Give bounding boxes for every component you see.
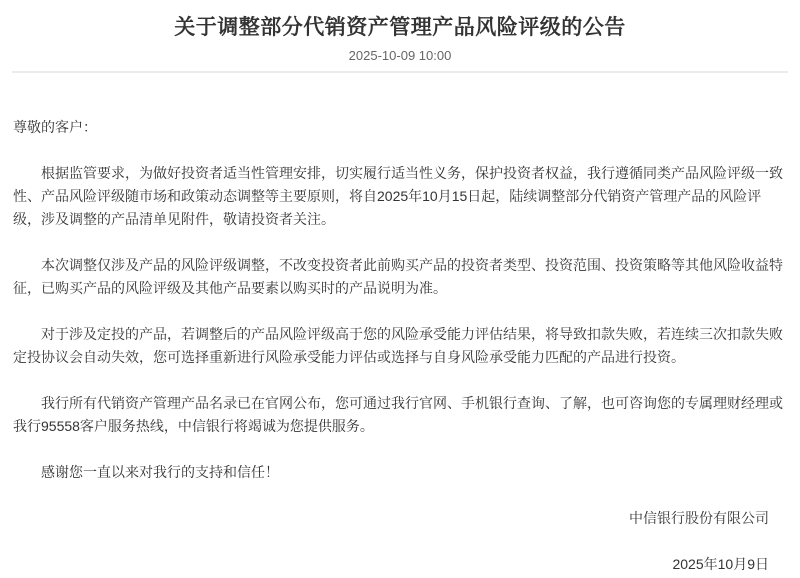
paragraph-4: 我行所有代销资产管理产品名录已在官网公布，您可通过我行官网、手机银行查询、了解，… bbox=[13, 392, 785, 438]
paragraph-3: 对于涉及定投的产品，若调整后的产品风险评级高于您的风险承受能力评估结果，将导致扣… bbox=[13, 323, 785, 369]
announcement-page: 关于调整部分代销资产管理产品风险评级的公告 2025-10-09 10:00 尊… bbox=[0, 0, 800, 578]
greeting: 尊敬的客户： bbox=[13, 116, 785, 139]
announcement-body: 尊敬的客户： 根据监管要求，为做好投资者适当性管理安排，切实履行适当性义务，保护… bbox=[0, 73, 800, 576]
paragraph-5: 感谢您一直以来对我行的支持和信任！ bbox=[13, 461, 785, 484]
paragraph-2: 本次调整仅涉及产品的风险评级调整，不改变投资者此前购买产品的投资者类型、投资范围… bbox=[13, 254, 785, 300]
paragraph-1: 根据监管要求，为做好投资者适当性管理安排，切实履行适当性义务，保护投资者权益，我… bbox=[13, 162, 785, 231]
page-title: 关于调整部分代销资产管理产品风险评级的公告 bbox=[0, 15, 800, 41]
signature: 中信银行股份有限公司 bbox=[13, 507, 785, 530]
signature-date: 2025年10月9日 bbox=[13, 553, 785, 576]
announcement-header: 关于调整部分代销资产管理产品风险评级的公告 2025-10-09 10:00 bbox=[0, 0, 800, 62]
publish-datetime: 2025-10-09 10:00 bbox=[0, 49, 800, 62]
